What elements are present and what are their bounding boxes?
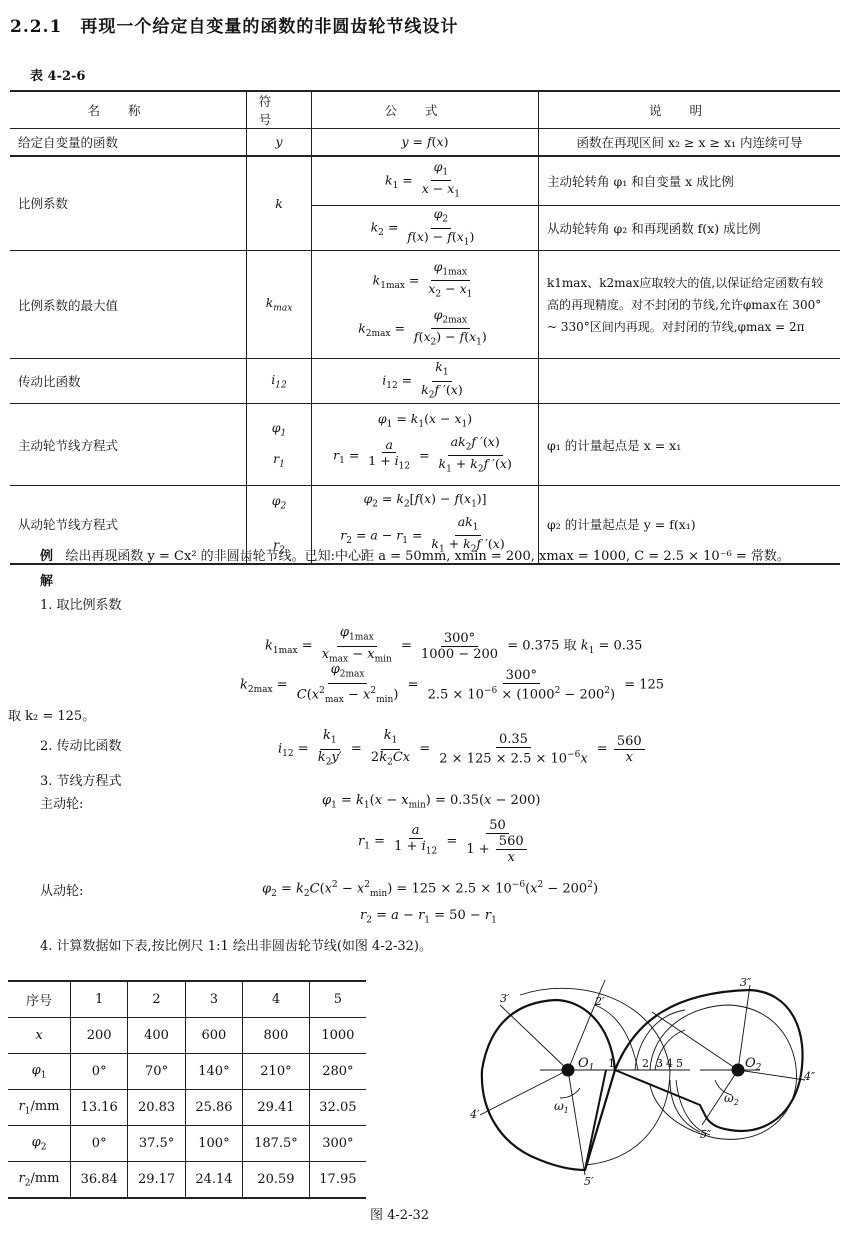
example-label: 例 [40, 549, 53, 564]
row-note: φ₁ 的计量起点是 x = x₁ [539, 404, 841, 486]
table-row: 传动比函数 i12 i12 = k1k2f ′(x) [10, 359, 840, 404]
svg-text:5: 5 [676, 1057, 683, 1070]
equation-phi2: φ2 = k2C(x2 − x2min) = 125 × 2.5 × 10−6(… [262, 880, 598, 899]
svg-text:3″: 3″ [740, 976, 752, 989]
section-title: 再现一个给定自变量的函数的非圆齿轮节线设计 [80, 17, 458, 37]
table-row: r2/mm 36.84 29.17 24.14 20.59 17.95 [8, 1162, 366, 1199]
row-label: φ2 [8, 1126, 71, 1162]
cell: 400 [128, 1018, 185, 1054]
row-note-k1: 主动轮转角 φ₁ 和自变量 x 成比例 [539, 156, 841, 206]
cell: 20.59 [243, 1162, 310, 1199]
svg-text:5″: 5″ [700, 1128, 712, 1141]
svg-text:ω2: ω2 [724, 1091, 739, 1107]
row-note: k1max、k2max应取较大的值,以保证给定函数有较高的再现精度。对不封闭的节… [539, 251, 841, 359]
table-row: 比例系数 k k1 = φ1x − x1 主动轮转角 φ₁ 和自变量 x 成比例 [10, 156, 840, 206]
equation-i12: i12 = k1k2y′ = k12k2Cx = 0.352 × 125 × 2… [278, 728, 647, 770]
svg-text:5′: 5′ [584, 1175, 594, 1188]
figure-caption: 图 4-2-32 [370, 1204, 429, 1223]
svg-text:4′: 4′ [469, 1108, 480, 1121]
cell: 24.14 [185, 1162, 242, 1199]
header-symbol: 符号 [247, 91, 312, 129]
cell: 32.05 [309, 1090, 366, 1126]
formula-table: 名称 符号 公式 说明 给定自变量的函数 y y = f(x) 函数在再现区间 … [10, 90, 840, 565]
step-3: 3. 节线方程式 [40, 770, 122, 789]
table-row: 序号 1 2 3 4 5 [8, 981, 366, 1018]
cell: 300° [309, 1126, 366, 1162]
row-symbol: kmax [247, 251, 312, 359]
cell: 25.86 [185, 1090, 242, 1126]
equation-k1max: k1max = φ1maxxmax − xmin = 300°1000 − 20… [265, 625, 642, 667]
cell: 17.95 [309, 1162, 366, 1199]
example-text: 绘出再现函数 y = Cx² 的非圆齿轮节线。已知:中心距 a = 50mm, … [65, 549, 790, 564]
cell: 280° [309, 1054, 366, 1090]
row-formula: k1max = φ1maxx2 − x1 k2max = φ2maxf(x2) … [312, 251, 539, 359]
step-4: 4. 计算数据如下表,按比例尺 1:1 绘出非圆齿轮节线(如图 4-2-32)。 [40, 935, 432, 954]
row-label: 序号 [8, 981, 71, 1018]
cell: 1 [71, 981, 128, 1018]
example-statement: 例 绘出再现函数 y = Cx² 的非圆齿轮节线。已知:中心距 a = 50mm… [40, 545, 790, 564]
driver-pitch-curve [482, 1000, 615, 1170]
svg-text:O1: O1 [578, 1056, 594, 1073]
cell: 36.84 [71, 1162, 128, 1199]
table-row: 比例系数的最大值 kmax k1max = φ1maxx2 − x1 k2max… [10, 251, 840, 359]
cell: 13.16 [71, 1090, 128, 1126]
row-symbol: k [247, 156, 312, 251]
cell: 200 [71, 1018, 128, 1054]
header-formula: 公式 [312, 91, 539, 129]
row-note [539, 359, 841, 404]
section-heading: 2.2.1再现一个给定自变量的函数的非圆齿轮节线设计 [10, 12, 458, 37]
cell: 140° [185, 1054, 242, 1090]
table-row: 给定自变量的函数 y y = f(x) 函数在再现区间 x₂ ≥ x ≥ x₁ … [10, 129, 840, 156]
svg-text:4: 4 [666, 1057, 673, 1070]
row-formula-k2: k2 = φ2f(x) − f(x1) [312, 206, 539, 251]
row-symbol: i12 [247, 359, 312, 404]
cell: 37.5° [128, 1126, 185, 1162]
cell: 600 [185, 1018, 242, 1054]
driver-label: 主动轮: [40, 793, 83, 812]
row-label: r2/mm [8, 1162, 71, 1199]
svg-text:1: 1 [608, 1057, 615, 1070]
table-caption: 表 4-2-6 [30, 65, 85, 84]
take-k2: 取 k₂ = 125。 [8, 705, 95, 724]
cell: 210° [243, 1054, 310, 1090]
row-name: 给定自变量的函数 [10, 129, 247, 156]
table-row: φ1 0° 70° 140° 210° 280° [8, 1054, 366, 1090]
row-name: 传动比函数 [10, 359, 247, 404]
header-note: 说明 [539, 91, 841, 129]
calculation-data-table: 序号 1 2 3 4 5 x 200 400 600 800 1000 φ1 0… [8, 980, 366, 1199]
equation-r2: r2 = a − r1 = 50 − r1 [360, 908, 497, 926]
equation-k2max: k2max = φ2maxC(x2max − x2min) = 300°2.5 … [240, 662, 664, 708]
header-name: 名称 [10, 91, 247, 129]
row-name: 主动轮节线方程式 [10, 404, 247, 486]
row-name: 比例系数的最大值 [10, 251, 247, 359]
row-label: r1/mm [8, 1090, 71, 1126]
driver-center-hub [562, 1064, 574, 1076]
equation-r1: r1 = a1 + i12 = 501 + 560x [358, 818, 534, 865]
row-label: φ1 [8, 1054, 71, 1090]
row-name: 比例系数 [10, 156, 247, 251]
svg-text:4″: 4″ [803, 1070, 816, 1083]
step-1: 1. 取比例系数 [40, 594, 122, 613]
cell: 4 [243, 981, 310, 1018]
cell: 187.5° [243, 1126, 310, 1162]
row-symbol: φ1r1 [247, 404, 312, 486]
row-formula: y = f(x) [312, 129, 539, 156]
driven-label: 从动轮: [40, 880, 83, 899]
cell: 1000 [309, 1018, 366, 1054]
svg-text:2: 2 [642, 1057, 649, 1070]
table-row: φ2 0° 37.5° 100° 187.5° 300° [8, 1126, 366, 1162]
row-formula: φ1 = k1(x − x1) r1 = a1 + i12 = ak2f ′(x… [312, 404, 539, 486]
cell: 100° [185, 1126, 242, 1162]
solution-label: 解 [40, 570, 53, 589]
row-formula: i12 = k1k2f ′(x) [312, 359, 539, 404]
cell: 2 [128, 981, 185, 1018]
cell: 3 [185, 981, 242, 1018]
table-row: x 200 400 600 800 1000 [8, 1018, 366, 1054]
section-number: 2.2.1 [10, 17, 62, 37]
svg-text:2′: 2′ [594, 995, 605, 1008]
cell: 29.41 [243, 1090, 310, 1126]
row-note: 函数在再现区间 x₂ ≥ x ≥ x₁ 内连续可导 [539, 129, 841, 156]
cell: 800 [243, 1018, 310, 1054]
cell: 0° [71, 1054, 128, 1090]
svg-text:O2: O2 [745, 1056, 762, 1073]
row-note-k2: 从动轮转角 φ₂ 和再现函数 f(x) 成比例 [539, 206, 841, 251]
svg-text:ω1: ω1 [554, 1099, 569, 1115]
gear-pitch-curve-diagram: O1 O2 ω1 ω2 1 2 3 4 5 2′ 3′ 4′ 5′ 3″ 4″ … [460, 960, 850, 1190]
cell: 5 [309, 981, 366, 1018]
equation-phi1: φ1 = k1(x − xmin) = 0.35(x − 200) [322, 793, 540, 811]
driven-center-hub [732, 1064, 744, 1076]
cell: 70° [128, 1054, 185, 1090]
cell: 29.17 [128, 1162, 185, 1199]
table-row: 主动轮节线方程式 φ1r1 φ1 = k1(x − x1) r1 = a1 + … [10, 404, 840, 486]
row-symbol: y [247, 129, 312, 156]
row-label: x [8, 1018, 71, 1054]
svg-text:3: 3 [656, 1057, 663, 1070]
svg-text:3′: 3′ [500, 992, 510, 1005]
cell: 0° [71, 1126, 128, 1162]
step-2: 2. 传动比函数 [40, 735, 122, 754]
cell: 20.83 [128, 1090, 185, 1126]
table-header-row: 名称 符号 公式 说明 [10, 91, 840, 129]
table-row: r1/mm 13.16 20.83 25.86 29.41 32.05 [8, 1090, 366, 1126]
row-formula-k1: k1 = φ1x − x1 [312, 156, 539, 206]
